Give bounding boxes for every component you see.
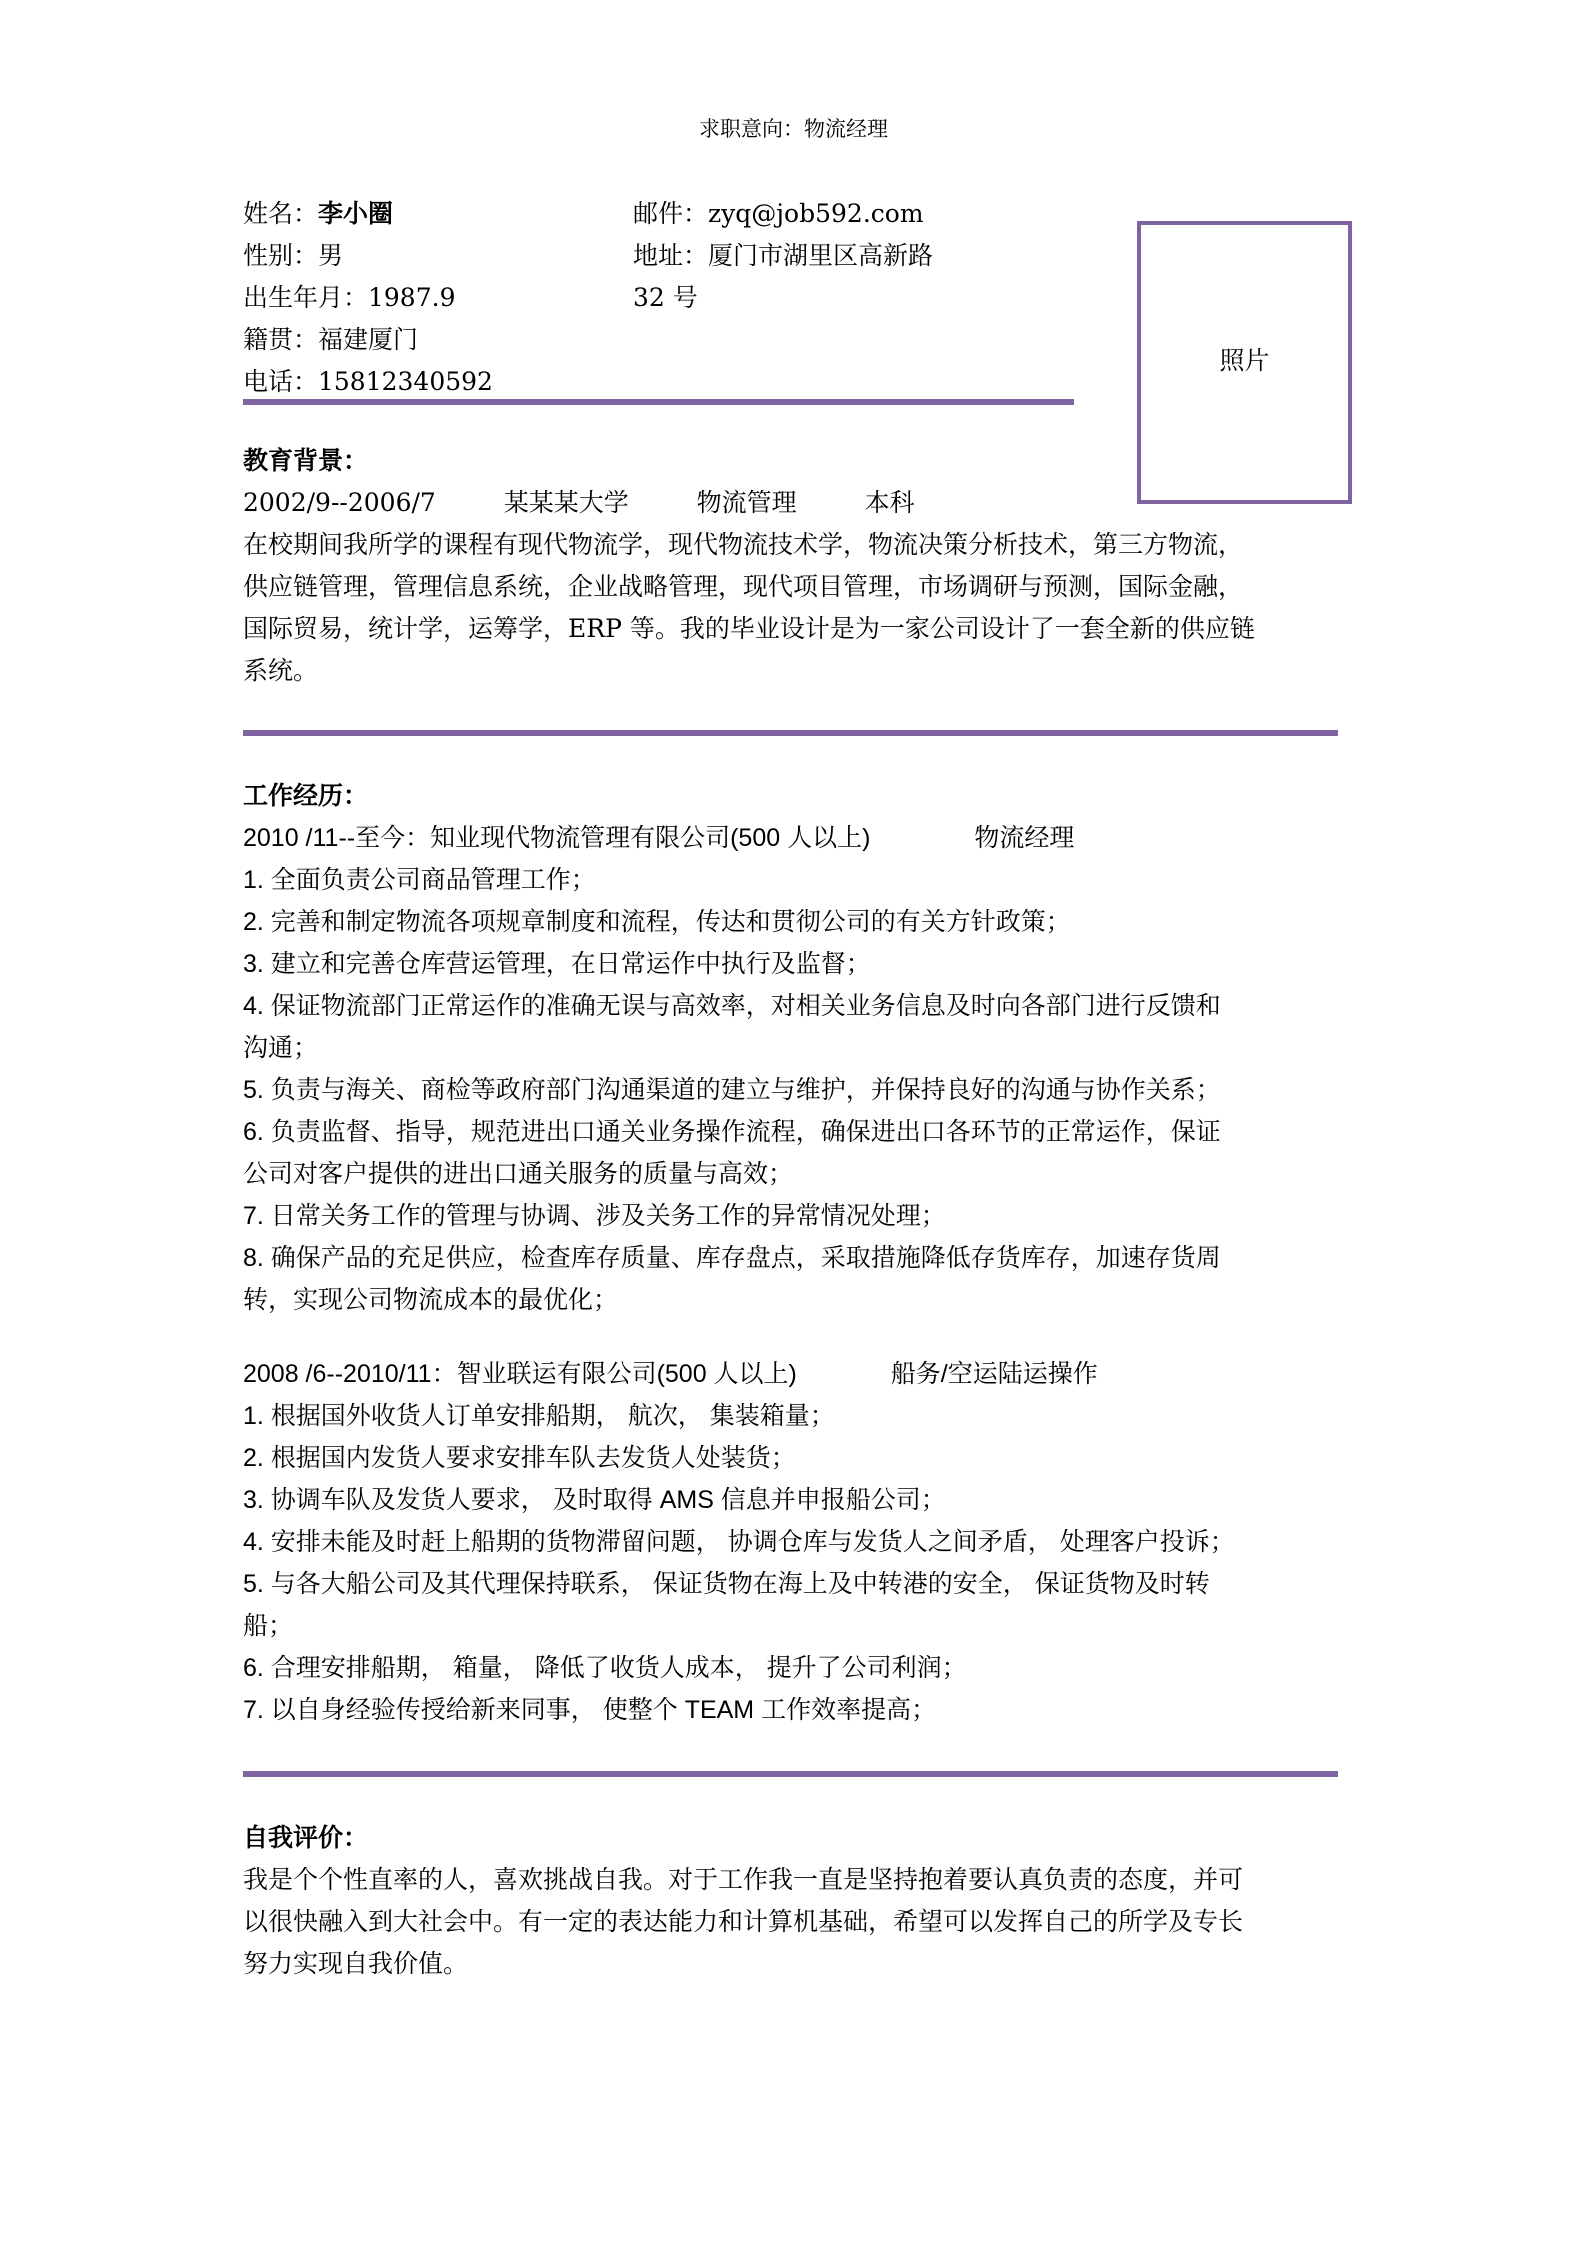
education-desc-line: 供应链管理，管理信息系统，企业战略管理，现代项目管理，市场调研与预测，国际金融， (243, 566, 1243, 608)
divider-profile (243, 399, 1074, 405)
job-duty: 7. 以自身经验传授给新来同事， 使整个 TEAM 工作效率提高； (243, 1689, 936, 1731)
job-company: 2008 /6--2010/11：智业联运有限公司(500 人以上) (243, 1360, 797, 1388)
education-degree: 本科 (865, 488, 915, 517)
job-duty: 4. 安排未能及时赶上船期的货物滞留问题， 协调仓库与发货人之间矛盾， 处理客户… (243, 1521, 1235, 1563)
education-period: 2002/9--2006/7 (243, 488, 436, 517)
photo-placeholder: 照片 (1137, 221, 1352, 504)
job-duty: 6. 负责监督、指导，规范进出口通关业务操作流程，确保进出口各环节的正常运作，保… (243, 1111, 1221, 1153)
job-objective: 求职意向：物流经理 (0, 114, 1587, 144)
resume-page: 求职意向：物流经理 姓名：李小圈 性别：男 出生年月：1987.9 籍贯：福建厦… (0, 0, 1587, 2245)
self-evaluation-line: 努力实现自我价值。 (243, 1943, 468, 1985)
job-duty: 公司对客户提供的进出口通关服务的质量与高效； (243, 1153, 793, 1195)
self-evaluation-heading: 自我评价： (243, 1817, 368, 1859)
self-evaluation-line: 我是个个性直率的人，喜欢挑战自我。对于工作我一直是坚持抱着要认真负责的态度，并可 (243, 1859, 1243, 1901)
job-header: 2008 /6--2010/11：智业联运有限公司(500 人以上) 船务/空运… (243, 1353, 1098, 1395)
photo-label: 照片 (1141, 345, 1348, 377)
job-duty: 5. 与各大船公司及其代理保持联系， 保证货物在海上及中转港的安全， 保证货物及… (243, 1563, 1210, 1605)
job-duty: 6. 合理安排船期， 箱量， 降低了收货人成本， 提升了公司利润； (243, 1647, 967, 1689)
job-title: 物流经理 (974, 824, 1074, 852)
education-desc-line: 在校期间我所学的课程有现代物流学，现代物流技术学，物流决策分析技术，第三方物流， (243, 524, 1243, 566)
job-duty: 1. 全面负责公司商品管理工作； (243, 859, 596, 901)
name-value: 李小圈 (318, 199, 393, 228)
address-row-1: 地址：厦门市湖里区高新路 (633, 235, 933, 277)
divider-work (243, 1771, 1338, 1777)
job-duty: 7. 日常关务工作的管理与协调、涉及关务工作的异常情况处理； (243, 1195, 946, 1237)
job-company: 2010 /11--至今：知业现代物流管理有限公司(500 人以上) (243, 824, 870, 852)
work-heading: 工作经历： (243, 775, 368, 817)
hometown-row: 籍贯：福建厦门 (243, 319, 418, 361)
job-duty: 转，实现公司物流成本的最优化； (243, 1279, 618, 1321)
name-row: 姓名：李小圈 (243, 193, 393, 235)
job-duty: 8. 确保产品的充足供应，检查库存质量、库存盘点，采取措施降低存货库存，加速存货… (243, 1237, 1221, 1279)
job-duty: 1. 根据国外收货人订单安排船期， 航次， 集装箱量； (243, 1395, 835, 1437)
job-header: 2010 /11--至今：知业现代物流管理有限公司(500 人以上) 物流经理 (243, 817, 1074, 859)
phone-row: 电话：15812340592 (243, 361, 493, 403)
job-duty: 2. 完善和制定物流各项规章制度和流程，传达和贯彻公司的有关方针政策； (243, 901, 1071, 943)
education-major: 物流管理 (697, 488, 797, 517)
self-evaluation-line: 以很快融入到大社会中。有一定的表达能力和计算机基础，希望可以发挥自己的所学及专长 (243, 1901, 1243, 1943)
birth-row: 出生年月：1987.9 (243, 277, 455, 319)
address-row-2: 32 号 (633, 277, 698, 319)
education-heading: 教育背景： (243, 440, 368, 482)
job-duty: 沟通； (243, 1027, 318, 1069)
gender-row: 性别：男 (243, 235, 343, 277)
job-title: 船务/空运陆运操作 (891, 1360, 1098, 1388)
job-duty: 船； (243, 1605, 293, 1647)
education-entry: 2002/9--2006/7 某某某大学 物流管理 本科 (243, 482, 915, 524)
education-desc-line: 国际贸易，统计学，运筹学，ERP 等。我的毕业设计是为一家公司设计了一套全新的供… (243, 608, 1255, 650)
education-desc-line: 系统。 (243, 650, 318, 692)
job-duty: 5. 负责与海关、商检等政府部门沟通渠道的建立与维护，并保持良好的沟通与协作关系… (243, 1069, 1221, 1111)
job-duty: 3. 协调车队及发货人要求， 及时取得 AMS 信息并申报船公司； (243, 1479, 946, 1521)
education-school: 某某某大学 (504, 488, 629, 517)
email-row: 邮件：zyq@job592.com (633, 193, 924, 235)
divider-education (243, 730, 1338, 736)
job-duty: 3. 建立和完善仓库营运管理，在日常运作中执行及监督； (243, 943, 871, 985)
job-duty: 2. 根据国内发货人要求安排车队去发货人处装货； (243, 1437, 796, 1479)
job-duty: 4. 保证物流部门正常运作的准确无误与高效率，对相关业务信息及时向各部门进行反馈… (243, 985, 1221, 1027)
name-label: 姓名： (243, 199, 318, 228)
